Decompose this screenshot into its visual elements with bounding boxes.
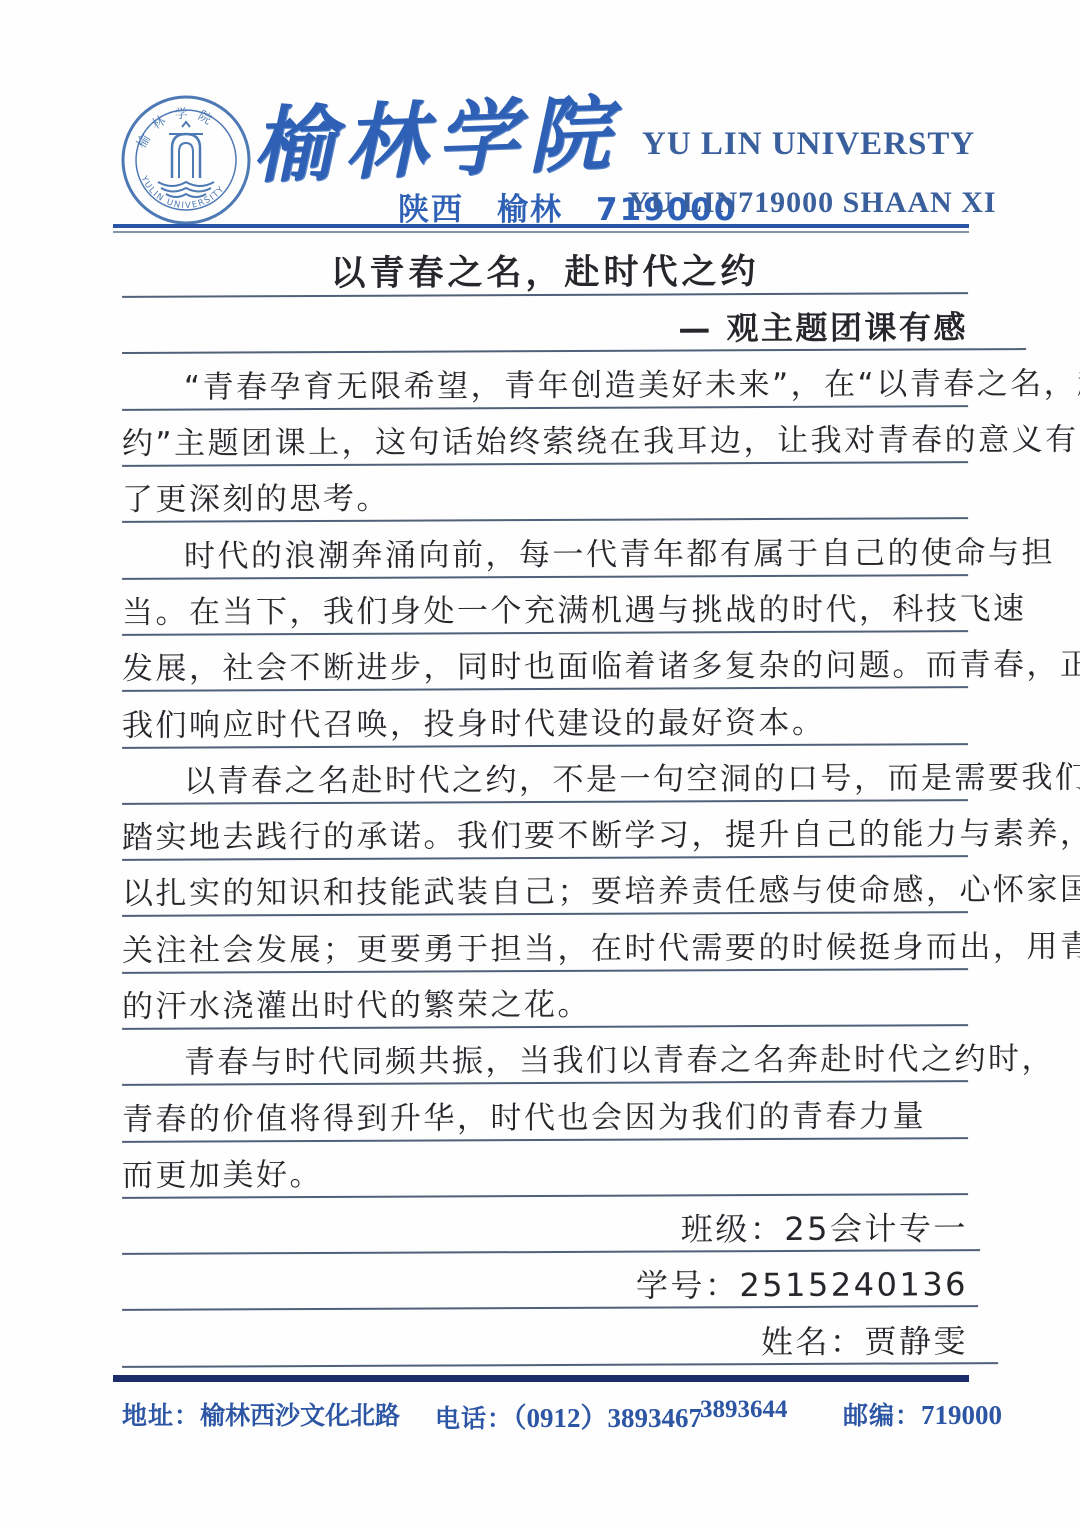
handwriting-line: “青春孕育无限希望，青年创造美好未来”，在“以青春之名，赴时代之 [122, 359, 968, 411]
handwriting-line: 当。在当下，我们身处一个充满机遇与挑战的时代，科技飞速 [122, 584, 968, 636]
seal-bottom-text: YULIN UNIVERSITY [138, 174, 227, 211]
handwriting-line: 青春的价值将得到升华，时代也会因为我们的青春力量 [122, 1091, 968, 1143]
letterhead-divider-thin [113, 231, 969, 233]
letter-subtitle-line: — 观主题团课有感 [122, 302, 1026, 354]
footer-divider-navy [113, 1375, 969, 1382]
university-english-title: YU LIN UNIVERSTY [642, 126, 975, 163]
footer-phone-2: 3893644 [700, 1396, 788, 1424]
letterhead-address-en: YU LIN719000 SHAAN XI [628, 186, 997, 220]
footer-zip: 邮编：719000 [843, 1396, 1002, 1432]
seal-gate-icon [169, 122, 203, 178]
university-seal-logo: 榆林学院 YULIN UNIVERSITY [120, 94, 252, 226]
signature-student-id-line: 学号：2515240136 [122, 1259, 978, 1311]
signature-name-line: 姓名：贾静雯 [122, 1316, 998, 1368]
scanned-letter-page: 榆林学院 YULIN UNIVERSITY 榆林学院 YU LIN UNIVER… [0, 0, 1080, 1527]
handwriting-line: 的汗水浇灌出时代的繁荣之花。 [122, 978, 968, 1030]
footer-address: 地址：榆林西沙文化北路 [122, 1396, 400, 1432]
handwriting-line: 了更深刻的思考。 [122, 471, 968, 523]
handwriting-line: 以青春之名赴时代之约，不是一句空洞的口号，而是需要我们脚 [122, 753, 968, 805]
handwriting-line: 青春与时代同频共振，当我们以青春之名奔赴时代之约时， [122, 1034, 968, 1086]
handwriting-line: 踏实地去践行的承诺。我们要不断学习，提升自己的能力与素养， [122, 809, 968, 861]
handwriting-line: 约”主题团课上，这句话始终萦绕在我耳边，让我对青春的意义有 [122, 415, 968, 467]
handwriting-line: 我们响应时代召唤，投身时代建设的最好资本。 [122, 697, 968, 749]
seal-top-text: 榆林学院 [134, 107, 222, 151]
seal-book-waves-icon [158, 182, 214, 197]
footer-phone: 电话：（0912）3893467 [435, 1396, 702, 1435]
letter-title: 以青春之名，赴时代之约 [122, 246, 968, 300]
letterhead-divider-thick [113, 224, 969, 228]
handwriting-line: 关注社会发展；更要勇于担当，在时代需要的时候挺身而出，用青春 [122, 922, 968, 974]
letter-subtitle: — 观主题团课有感 [122, 302, 968, 356]
handwriting-line: 而更加美好。 [122, 1147, 968, 1199]
letter-title-line: 以青春之名，赴时代之约 [122, 246, 968, 298]
handwriting-line: 发展，社会不断进步，同时也面临着诸多复杂的问题。而青春，正是 [122, 640, 968, 692]
handwriting-line: 时代的浪潮奔涌向前，每一代青年都有属于自己的使命与担 [122, 528, 968, 580]
letterhead-footer: 地址：榆林西沙文化北路 电话：（0912）3893467 3893644 邮编：… [0, 1396, 1080, 1430]
handwriting-line: 以扎实的知识和技能武装自己；要培养责任感与使命感，心怀家国， [122, 865, 968, 917]
signature-class-line: 班级：25会计专一 [122, 1203, 980, 1255]
